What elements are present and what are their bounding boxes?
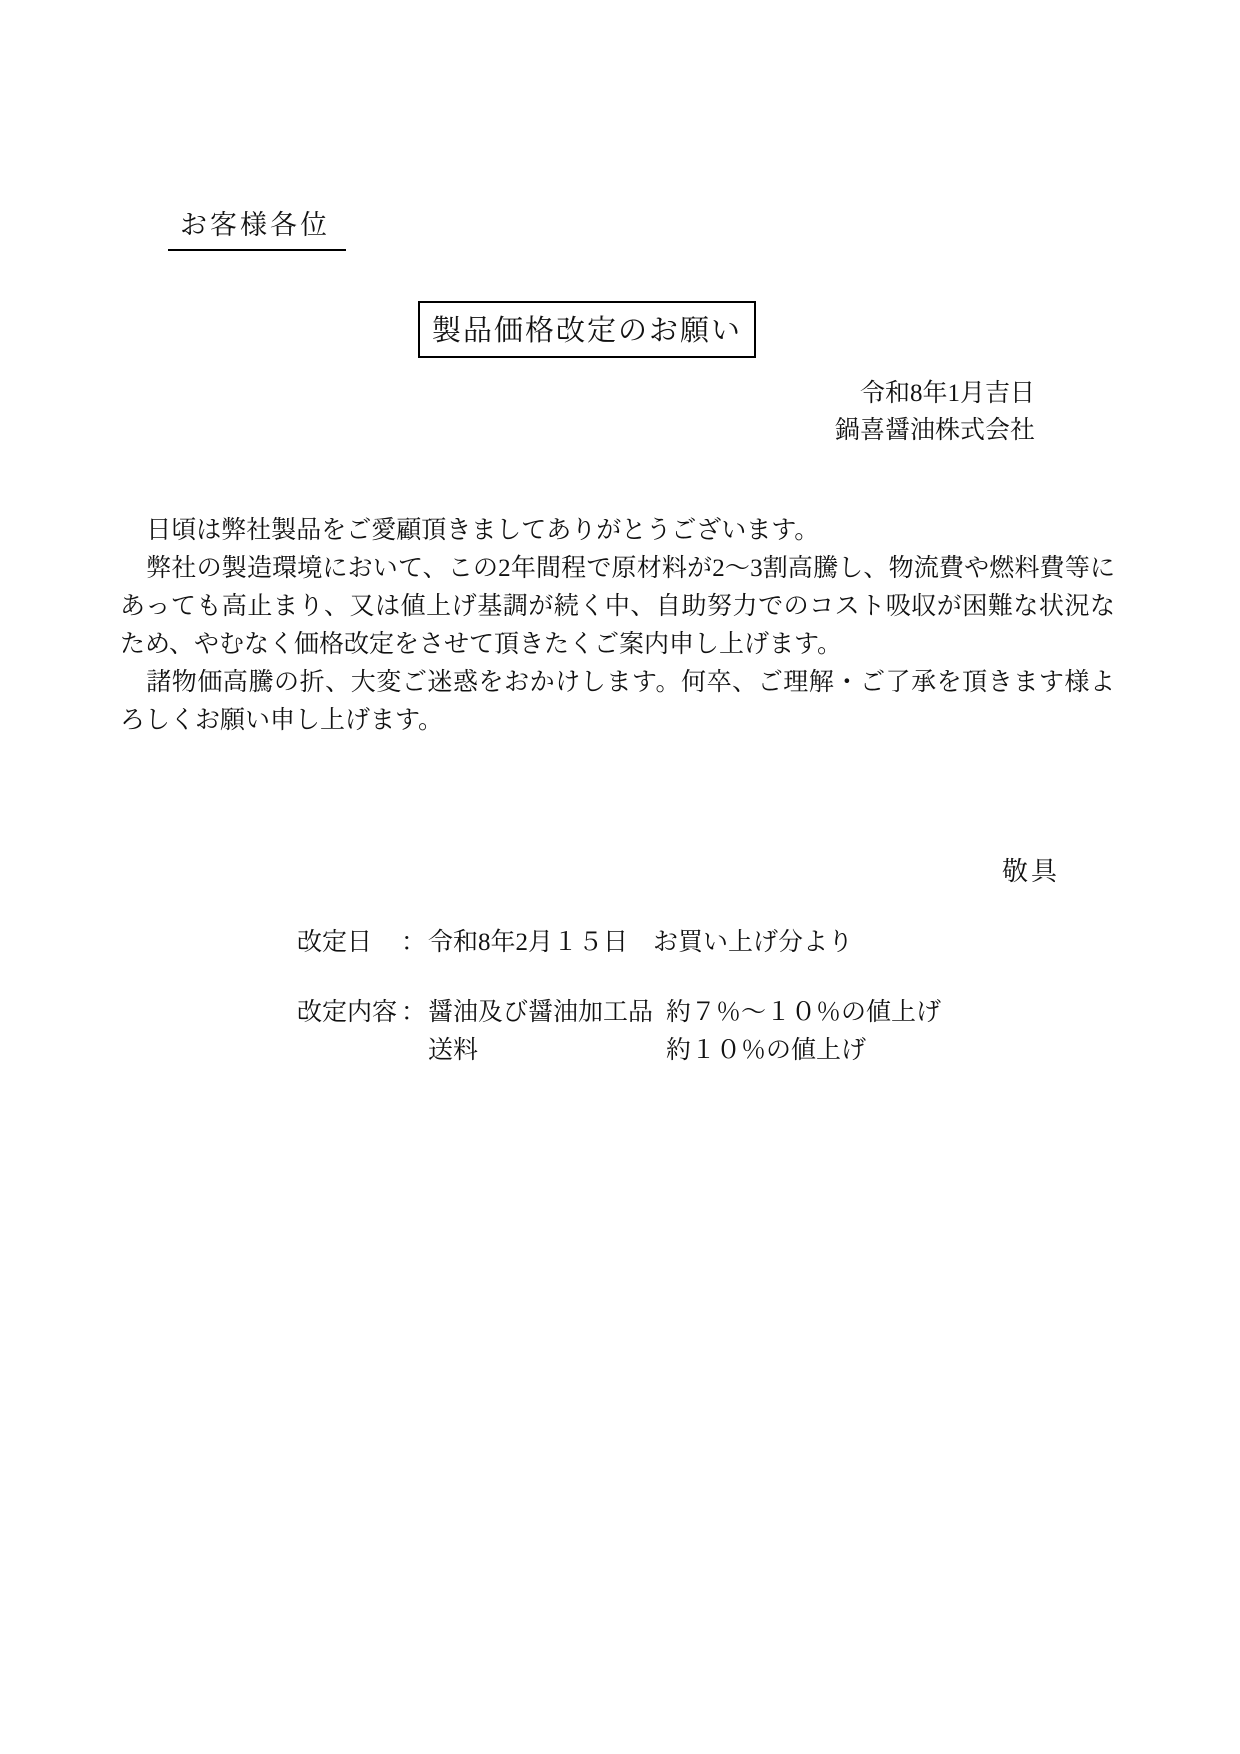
paragraph-apology: 諸物価高騰の折、大変ご迷惑をおかけします。何卒、ご理解・ご了承を頂きます様よろし… [120, 664, 1115, 740]
document-title: 製品価格改定のお願い [418, 301, 756, 358]
revision-date-colon: ： [401, 924, 428, 962]
revision-item-name: 送料 [428, 1032, 666, 1070]
revision-label-spacer [297, 1032, 401, 1070]
revision-item-name: 醤油及び醤油加工品 [428, 994, 666, 1032]
revision-item-change: 約１０％の値上げ [666, 1032, 866, 1070]
paragraph-reason: 弊社の製造環境において、この2年間程で原材料が2～3割高騰し、物流費や燃料費等に… [120, 550, 1115, 664]
recipient-heading: お客様各位 [168, 203, 346, 251]
issue-date: 令和8年1月吉日 [120, 375, 1035, 412]
revision-details: 改定日 ： 令和8年2月１５日 お買い上げ分より 改定内容 ： 醤油及び醤油加工… [297, 924, 1115, 1070]
date-company-block: 令和8年1月吉日 鍋喜醤油株式会社 [120, 375, 1115, 449]
revision-date-value: 令和8年2月１５日 お買い上げ分より [428, 924, 853, 962]
revision-item-change: 約７％～１０％の値上げ [666, 994, 941, 1032]
paragraph-greeting: 日頃は弊社製品をご愛顧頂きましてありがとうございます。 [120, 512, 1115, 550]
revision-content-row-1: 改定内容 ： 醤油及び醤油加工品 約７％～１０％の値上げ [297, 994, 1115, 1032]
revision-content-row-2: 送料 約１０％の値上げ [297, 1032, 1115, 1070]
revision-colon-spacer [401, 1032, 428, 1070]
letter-body: 日頃は弊社製品をご愛顧頂きましてありがとうございます。 弊社の製造環境において、… [120, 512, 1115, 740]
revision-date-row: 改定日 ： 令和8年2月１５日 お買い上げ分より [297, 924, 1115, 962]
closing-keigu: 敬具 [120, 851, 1115, 888]
document-page: お客様各位 製品価格改定のお願い 令和8年1月吉日 鍋喜醤油株式会社 日頃は弊社… [0, 0, 1240, 1754]
company-name: 鍋喜醤油株式会社 [120, 412, 1035, 449]
revision-date-label: 改定日 [297, 924, 401, 962]
revision-content-colon: ： [401, 994, 428, 1032]
revision-content-label: 改定内容 [297, 994, 401, 1032]
